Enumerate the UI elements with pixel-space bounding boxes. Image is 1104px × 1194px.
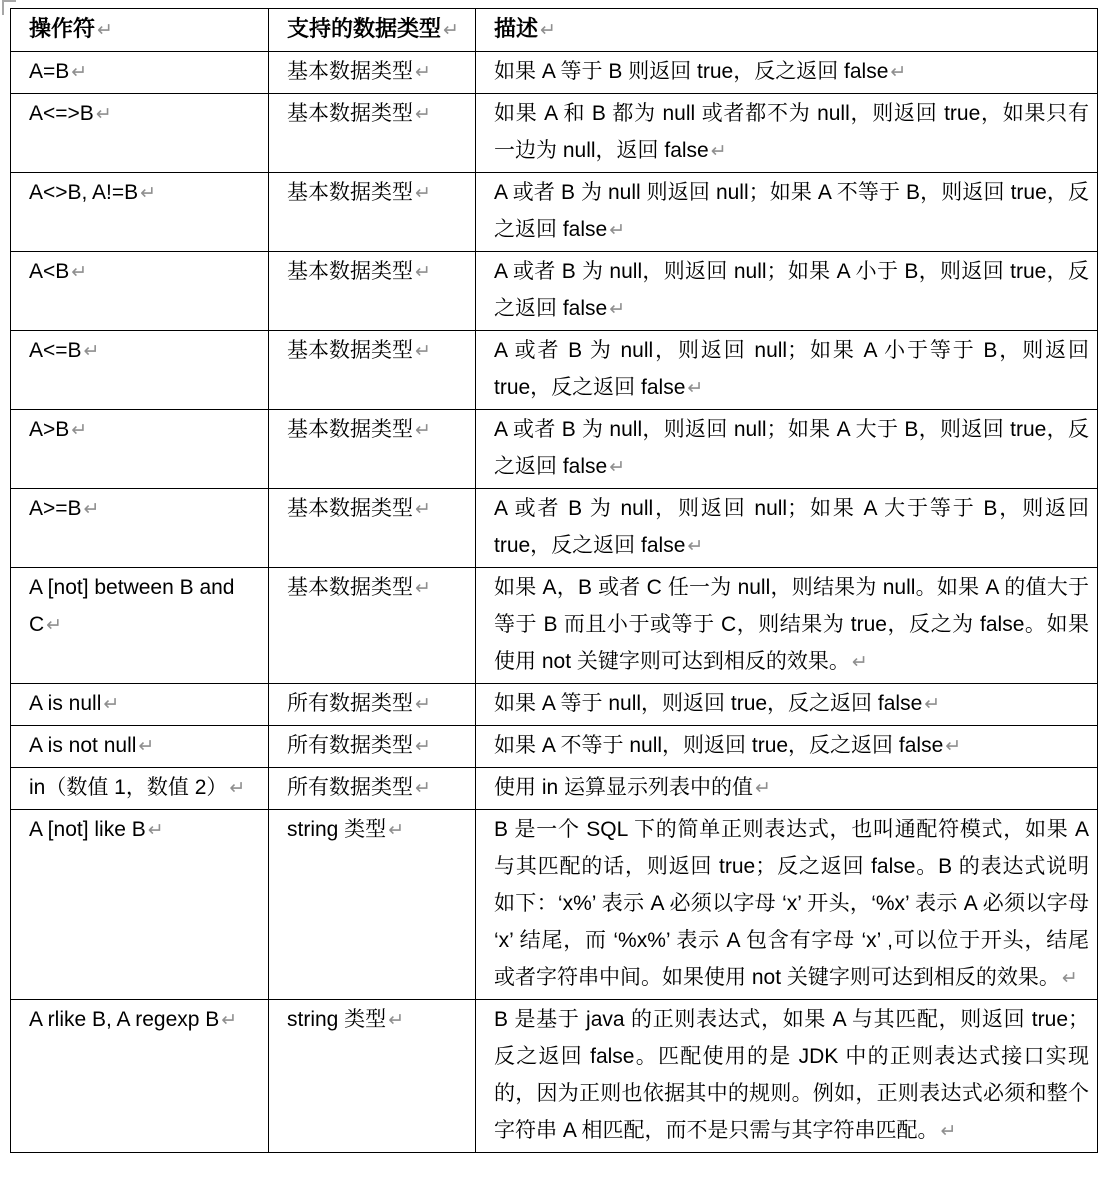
paragraph-mark-icon: ↵ [138, 736, 154, 757]
paragraph-mark-icon: ↵ [1062, 968, 1078, 989]
operator-cell: A rlike B, A regexp B↵ [11, 1000, 269, 1153]
datatype-text: 基本数据类型 [287, 181, 413, 204]
paragraph-mark-icon: ↵ [687, 536, 703, 557]
description-text: 如果 A 不等于 null，则返回 true，反之返回 false [494, 734, 943, 757]
paragraph-mark-icon: ↵ [46, 615, 62, 636]
table-row: A is null↵ 所有数据类型↵ 如果 A 等于 null，则返回 true… [11, 684, 1098, 726]
paragraph-mark-icon: ↵ [609, 457, 625, 478]
description-text: A 或者 B 为 null，则返回 null；如果 A 大于 B，则返回 tru… [494, 418, 1089, 478]
paragraph-mark-icon: ↵ [443, 20, 459, 41]
datatype-text: 基本数据类型 [287, 418, 413, 441]
header-cell-operator: 操作符↵ [11, 9, 269, 52]
description-cell: A 或者 B 为 null，则返回 null；如果 A 大于 B，则返回 tru… [476, 410, 1098, 489]
paragraph-mark-icon: ↵ [148, 820, 164, 841]
datatype-cell: 基本数据类型↵ [269, 489, 476, 568]
header-description-label: 描述 [494, 16, 538, 41]
description-text: A 或者 B 为 null，则返回 null；如果 A 小于 B，则返回 tru… [494, 260, 1089, 320]
paragraph-mark-icon: ↵ [97, 20, 113, 41]
table-header: 操作符↵ 支持的数据类型↵ 描述↵ [11, 9, 1098, 52]
operator-cell: A [not] between B and C↵ [11, 568, 269, 684]
datatype-cell: 所有数据类型↵ [269, 768, 476, 810]
datatype-text: 所有数据类型 [287, 734, 413, 757]
datatype-text: string 类型 [287, 818, 386, 841]
paragraph-mark-icon: ↵ [140, 183, 156, 204]
operator-text: A rlike B, A regexp B [29, 1008, 219, 1031]
table-row: in（数值 1，数值 2）↵ 所有数据类型↵ 使用 in 运算显示列表中的值↵ [11, 768, 1098, 810]
paragraph-mark-icon: ↵ [84, 499, 100, 520]
description-text: 如果 A，B 或者 C 任一为 null，则结果为 null。如果 A 的值大于… [494, 576, 1089, 673]
datatype-text: 所有数据类型 [287, 776, 413, 799]
paragraph-mark-icon: ↵ [415, 736, 431, 757]
table-row: A [not] like B↵ string 类型↵ B 是一个 SQL 下的简… [11, 810, 1098, 1000]
operator-text: A=B [29, 60, 69, 83]
header-cell-description: 描述↵ [476, 9, 1098, 52]
description-text: 使用 in 运算显示列表中的值 [494, 776, 753, 799]
datatype-cell: string 类型↵ [269, 810, 476, 1000]
paragraph-mark-icon: ↵ [924, 694, 940, 715]
operator-text: A is null [29, 692, 101, 715]
paragraph-mark-icon: ↵ [71, 420, 87, 441]
description-cell: 如果 A 等于 B 则返回 true，反之返回 false↵ [476, 52, 1098, 94]
operator-cell: A>B↵ [11, 410, 269, 489]
header-datatype-label: 支持的数据类型 [287, 16, 441, 41]
operator-text: A>B [29, 418, 69, 441]
header-operator-label: 操作符 [29, 16, 95, 41]
datatype-text: 所有数据类型 [287, 692, 413, 715]
paragraph-mark-icon: ↵ [415, 499, 431, 520]
paragraph-mark-icon: ↵ [852, 652, 868, 673]
datatype-text: 基本数据类型 [287, 60, 413, 83]
description-cell: A 或者 B 为 null，则返回 null；如果 A 小于 B，则返回 tru… [476, 252, 1098, 331]
paragraph-mark-icon: ↵ [609, 220, 625, 241]
operator-cell: A [not] like B↵ [11, 810, 269, 1000]
datatype-text: 基本数据类型 [287, 260, 413, 283]
document-page: 操作符↵ 支持的数据类型↵ 描述↵ A=B↵ 基本数据类型↵ 如果 A 等于 B… [0, 0, 1104, 1194]
table-row: A rlike B, A regexp B↵ string 类型↵ B 是基于 … [11, 1000, 1098, 1153]
datatype-cell: 基本数据类型↵ [269, 52, 476, 94]
operator-text: A>=B [29, 497, 82, 520]
operator-text: A<>B, A!=B [29, 181, 138, 204]
table-row: A [not] between B and C↵ 基本数据类型↵ 如果 A，B … [11, 568, 1098, 684]
datatype-cell: 基本数据类型↵ [269, 331, 476, 410]
paragraph-mark-icon: ↵ [415, 104, 431, 125]
paragraph-mark-icon: ↵ [84, 341, 100, 362]
operator-cell: A is null↵ [11, 684, 269, 726]
datatype-text: 基本数据类型 [287, 102, 413, 125]
paragraph-mark-icon: ↵ [945, 736, 961, 757]
datatype-cell: 基本数据类型↵ [269, 173, 476, 252]
paragraph-mark-icon: ↵ [415, 183, 431, 204]
datatype-text: string 类型 [287, 1008, 386, 1031]
paragraph-mark-icon: ↵ [890, 62, 906, 83]
paragraph-mark-icon: ↵ [415, 341, 431, 362]
table-row: A<=B↵ 基本数据类型↵ A 或者 B 为 null，则返回 null；如果 … [11, 331, 1098, 410]
description-cell: A 或者 B 为 null，则返回 null；如果 A 大于等于 B，则返回 t… [476, 489, 1098, 568]
paragraph-mark-icon: ↵ [415, 262, 431, 283]
description-cell: A 或者 B 为 null，则返回 null；如果 A 小于等于 B，则返回 t… [476, 331, 1098, 410]
description-text: 如果 A 和 B 都为 null 或者都不为 null，则返回 true，如果只… [494, 102, 1089, 162]
paragraph-mark-icon: ↵ [221, 1010, 237, 1031]
header-cell-datatype: 支持的数据类型↵ [269, 9, 476, 52]
operators-table: 操作符↵ 支持的数据类型↵ 描述↵ A=B↵ 基本数据类型↵ 如果 A 等于 B… [10, 8, 1098, 1153]
operator-text: A [not] like B [29, 818, 146, 841]
operator-cell: A<B↵ [11, 252, 269, 331]
paragraph-mark-icon: ↵ [388, 820, 404, 841]
datatype-cell: 所有数据类型↵ [269, 684, 476, 726]
paragraph-mark-icon: ↵ [415, 62, 431, 83]
datatype-cell: 所有数据类型↵ [269, 726, 476, 768]
description-cell: 如果 A，B 或者 C 任一为 null，则结果为 null。如果 A 的值大于… [476, 568, 1098, 684]
datatype-cell: 基本数据类型↵ [269, 568, 476, 684]
datatype-cell: 基本数据类型↵ [269, 410, 476, 489]
operator-cell: in（数值 1，数值 2）↵ [11, 768, 269, 810]
operator-cell: A<=>B↵ [11, 94, 269, 173]
table-row: A is not null↵ 所有数据类型↵ 如果 A 不等于 null，则返回… [11, 726, 1098, 768]
operator-text: A<=B [29, 339, 82, 362]
description-text: B 是基于 java 的正则表达式，如果 A 与其匹配，则返回 true；反之返… [494, 1008, 1089, 1142]
table-body: A=B↵ 基本数据类型↵ 如果 A 等于 B 则返回 true，反之返回 fal… [11, 52, 1098, 1153]
operator-text: in（数值 1，数值 2） [29, 776, 227, 799]
paragraph-mark-icon: ↵ [388, 1010, 404, 1031]
operator-text: A is not null [29, 734, 136, 757]
operator-cell: A is not null↵ [11, 726, 269, 768]
header-row: 操作符↵ 支持的数据类型↵ 描述↵ [11, 9, 1098, 52]
description-cell: B 是基于 java 的正则表达式，如果 A 与其匹配，则返回 true；反之返… [476, 1000, 1098, 1153]
paragraph-mark-icon: ↵ [71, 262, 87, 283]
paragraph-mark-icon: ↵ [609, 299, 625, 320]
paragraph-mark-icon: ↵ [71, 62, 87, 83]
operator-text: A<B [29, 260, 69, 283]
description-text: A 或者 B 为 null，则返回 null；如果 A 小于等于 B，则返回 t… [494, 339, 1089, 399]
paragraph-mark-icon: ↵ [229, 778, 245, 799]
operator-text: A<=>B [29, 102, 94, 125]
description-cell: B 是一个 SQL 下的简单正则表达式，也叫通配符模式，如果 A 与其匹配的话，… [476, 810, 1098, 1000]
description-text: 如果 A 等于 null，则返回 true，反之返回 false [494, 692, 922, 715]
table-row: A=B↵ 基本数据类型↵ 如果 A 等于 B 则返回 true，反之返回 fal… [11, 52, 1098, 94]
paragraph-mark-icon: ↵ [415, 778, 431, 799]
description-cell: A 或者 B 为 null 则返回 null；如果 A 不等于 B，则返回 tr… [476, 173, 1098, 252]
paragraph-mark-icon: ↵ [415, 420, 431, 441]
description-cell: 使用 in 运算显示列表中的值↵ [476, 768, 1098, 810]
table-row: A<B↵ 基本数据类型↵ A 或者 B 为 null，则返回 null；如果 A… [11, 252, 1098, 331]
operator-cell: A=B↵ [11, 52, 269, 94]
datatype-cell: string 类型↵ [269, 1000, 476, 1153]
paragraph-mark-icon: ↵ [755, 778, 771, 799]
paragraph-mark-icon: ↵ [941, 1121, 957, 1142]
datatype-cell: 基本数据类型↵ [269, 94, 476, 173]
table-row: A<=>B↵ 基本数据类型↵ 如果 A 和 B 都为 null 或者都不为 nu… [11, 94, 1098, 173]
description-text: 如果 A 等于 B 则返回 true，反之返回 false [494, 60, 888, 83]
operator-cell: A<>B, A!=B↵ [11, 173, 269, 252]
description-cell: 如果 A 等于 null，则返回 true，反之返回 false↵ [476, 684, 1098, 726]
paragraph-mark-icon: ↵ [96, 104, 112, 125]
paragraph-mark-icon: ↵ [687, 378, 703, 399]
datatype-text: 基本数据类型 [287, 497, 413, 520]
description-cell: 如果 A 不等于 null，则返回 true，反之返回 false↵ [476, 726, 1098, 768]
description-text: A 或者 B 为 null 则返回 null；如果 A 不等于 B，则返回 tr… [494, 181, 1089, 241]
paragraph-mark-icon: ↵ [415, 694, 431, 715]
table-row: A>=B↵ 基本数据类型↵ A 或者 B 为 null，则返回 null；如果 … [11, 489, 1098, 568]
paragraph-mark-icon: ↵ [415, 578, 431, 599]
table-row: A<>B, A!=B↵ 基本数据类型↵ A 或者 B 为 null 则返回 nu… [11, 173, 1098, 252]
paragraph-mark-icon: ↵ [711, 141, 727, 162]
operator-cell: A>=B↵ [11, 489, 269, 568]
paragraph-mark-icon: ↵ [540, 20, 556, 41]
datatype-text: 基本数据类型 [287, 576, 413, 599]
operator-cell: A<=B↵ [11, 331, 269, 410]
paragraph-mark-icon: ↵ [103, 694, 119, 715]
datatype-cell: 基本数据类型↵ [269, 252, 476, 331]
description-text: A 或者 B 为 null，则返回 null；如果 A 大于等于 B，则返回 t… [494, 497, 1089, 557]
datatype-text: 基本数据类型 [287, 339, 413, 362]
table-row: A>B↵ 基本数据类型↵ A 或者 B 为 null，则返回 null；如果 A… [11, 410, 1098, 489]
description-cell: 如果 A 和 B 都为 null 或者都不为 null，则返回 true，如果只… [476, 94, 1098, 173]
description-text: B 是一个 SQL 下的简单正则表达式，也叫通配符模式，如果 A 与其匹配的话，… [494, 818, 1089, 989]
